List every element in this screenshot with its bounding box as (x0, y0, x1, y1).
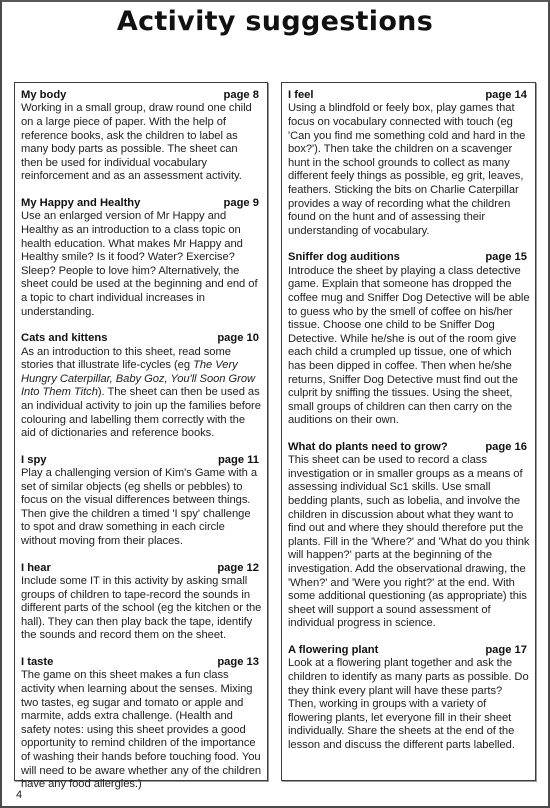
activity-heading: I feel page 14 (288, 89, 530, 102)
activity-page-ref: page 13 (217, 656, 259, 669)
activity-my-happy-and-healthy: My Happy and Healthy page 9 Use an enlar… (21, 197, 262, 319)
right-column-box: I feel page 14 Using a blindfold or feel… (281, 82, 536, 781)
activity-title: My Happy and Healthy (21, 197, 140, 210)
activity-page-ref: page 10 (217, 332, 259, 345)
activity-page-ref: page 12 (217, 562, 259, 575)
activity-page-ref: page 16 (485, 441, 527, 454)
activity-a-flowering-plant: A flowering plant page 17 Look at a flow… (288, 644, 530, 753)
activity-heading: I hear page 12 (21, 562, 262, 575)
activity-title: I spy (21, 454, 47, 467)
activity-page-ref: page 17 (485, 644, 527, 657)
activity-i-hear: I hear page 12 Include some IT in this a… (21, 562, 262, 643)
activity-description: Working in a small group, draw round one… (21, 102, 262, 184)
activity-heading: My body page 8 (21, 89, 262, 102)
activity-cats-and-kittens: Cats and kittens page 10 As an introduct… (21, 332, 262, 441)
activity-description: Play a challenging version of Kim's Game… (21, 467, 262, 549)
activity-i-spy: I spy page 11 Play a challenging version… (21, 454, 262, 549)
activity-title: I taste (21, 656, 53, 669)
activity-page-ref: page 8 (224, 89, 259, 102)
activity-heading: My Happy and Healthy page 9 (21, 197, 262, 210)
activity-title: What do plants need to grow? (288, 441, 448, 454)
page-title: Activity suggestions (0, 6, 550, 37)
page-number: 4 (16, 789, 22, 801)
activity-title: I hear (21, 562, 51, 575)
activity-heading: Cats and kittens page 10 (21, 332, 262, 345)
activity-heading: What do plants need to grow? page 16 (288, 441, 530, 454)
activity-heading: A flowering plant page 17 (288, 644, 530, 657)
activity-title: My body (21, 89, 66, 102)
activity-my-body: My body page 8 Working in a small group,… (21, 89, 262, 184)
activity-i-taste: I taste page 13 The game on this sheet m… (21, 656, 262, 792)
activity-heading: I spy page 11 (21, 454, 262, 467)
left-column-box: My body page 8 Working in a small group,… (14, 82, 268, 781)
activity-title: A flowering plant (288, 644, 378, 657)
activity-description: Look at a flowering plant together and a… (288, 657, 530, 752)
activity-description: Introduce the sheet by playing a class d… (288, 265, 530, 428)
activity-what-do-plants-need-to-grow: What do plants need to grow? page 16 Thi… (288, 441, 530, 631)
activity-page-ref: page 15 (485, 251, 527, 264)
activity-title: I feel (288, 89, 314, 102)
activity-heading: Sniffer dog auditions page 15 (288, 251, 530, 264)
activity-page-ref: page 9 (224, 197, 259, 210)
activity-page-ref: page 14 (485, 89, 527, 102)
activity-title: Cats and kittens (21, 332, 107, 345)
activity-page-ref: page 11 (218, 454, 259, 467)
activity-description: As an introduction to this sheet, read s… (21, 346, 262, 441)
activity-description: Include some IT in this activity by aski… (21, 575, 262, 643)
activity-description: This sheet can be used to record a class… (288, 454, 530, 631)
activity-sniffer-dog-auditions: Sniffer dog auditions page 15 Introduce … (288, 251, 530, 428)
activity-i-feel: I feel page 14 Using a blindfold or feel… (288, 89, 530, 238)
activity-description: The game on this sheet makes a fun class… (21, 669, 262, 791)
activity-heading: I taste page 13 (21, 656, 262, 669)
activity-description: Use an enlarged version of Mr Happy and … (21, 210, 262, 319)
activity-title: Sniffer dog auditions (288, 251, 400, 264)
activity-description: Using a blindfold or feely box, play gam… (288, 102, 530, 238)
